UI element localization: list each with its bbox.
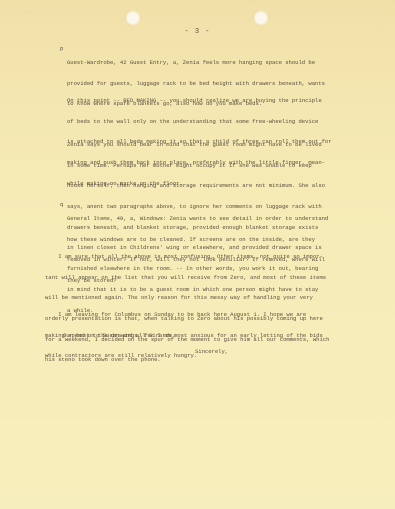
text-line: tant will appear on the list that you wi… (45, 275, 329, 282)
punch-hole-left (126, 11, 140, 25)
text-line: Guest-Wardrobe, 42 Guest Entry, a, Zenia… (67, 60, 325, 67)
item-q-marker: q (60, 202, 63, 209)
text-line: Zenia says you should bear in mind that … (67, 142, 325, 149)
paper-mark (18, 12, 52, 19)
text-line: On this point -- BED MAKING -- you shoul… (67, 98, 332, 105)
text-line: in some time. Perhaps her mother might o… (67, 163, 325, 170)
text-line: while contractors are still relatively h… (45, 353, 323, 360)
punch-hole-right (254, 11, 268, 25)
text-line: General Items, 49, a, Windows: Zenia wan… (67, 216, 328, 223)
text-line: I am sure that all the above is most con… (45, 254, 329, 261)
text-line: I am leaving for Columbus on Sunday to b… (45, 312, 323, 319)
letter-page: - 3 - p Guest-Wardrobe, 42 Guest Entry, … (0, 0, 395, 509)
text-line: of beds to the wall only on the understa… (67, 119, 332, 126)
signoff: Sincerely, (195, 349, 228, 356)
text-line: house herself; then hanging and storage … (67, 183, 325, 190)
item-p-marker: p (60, 46, 63, 53)
page-number: - 3 - (0, 28, 395, 36)
closing-greeting: Our best to Susan and all Girards. (63, 333, 175, 340)
